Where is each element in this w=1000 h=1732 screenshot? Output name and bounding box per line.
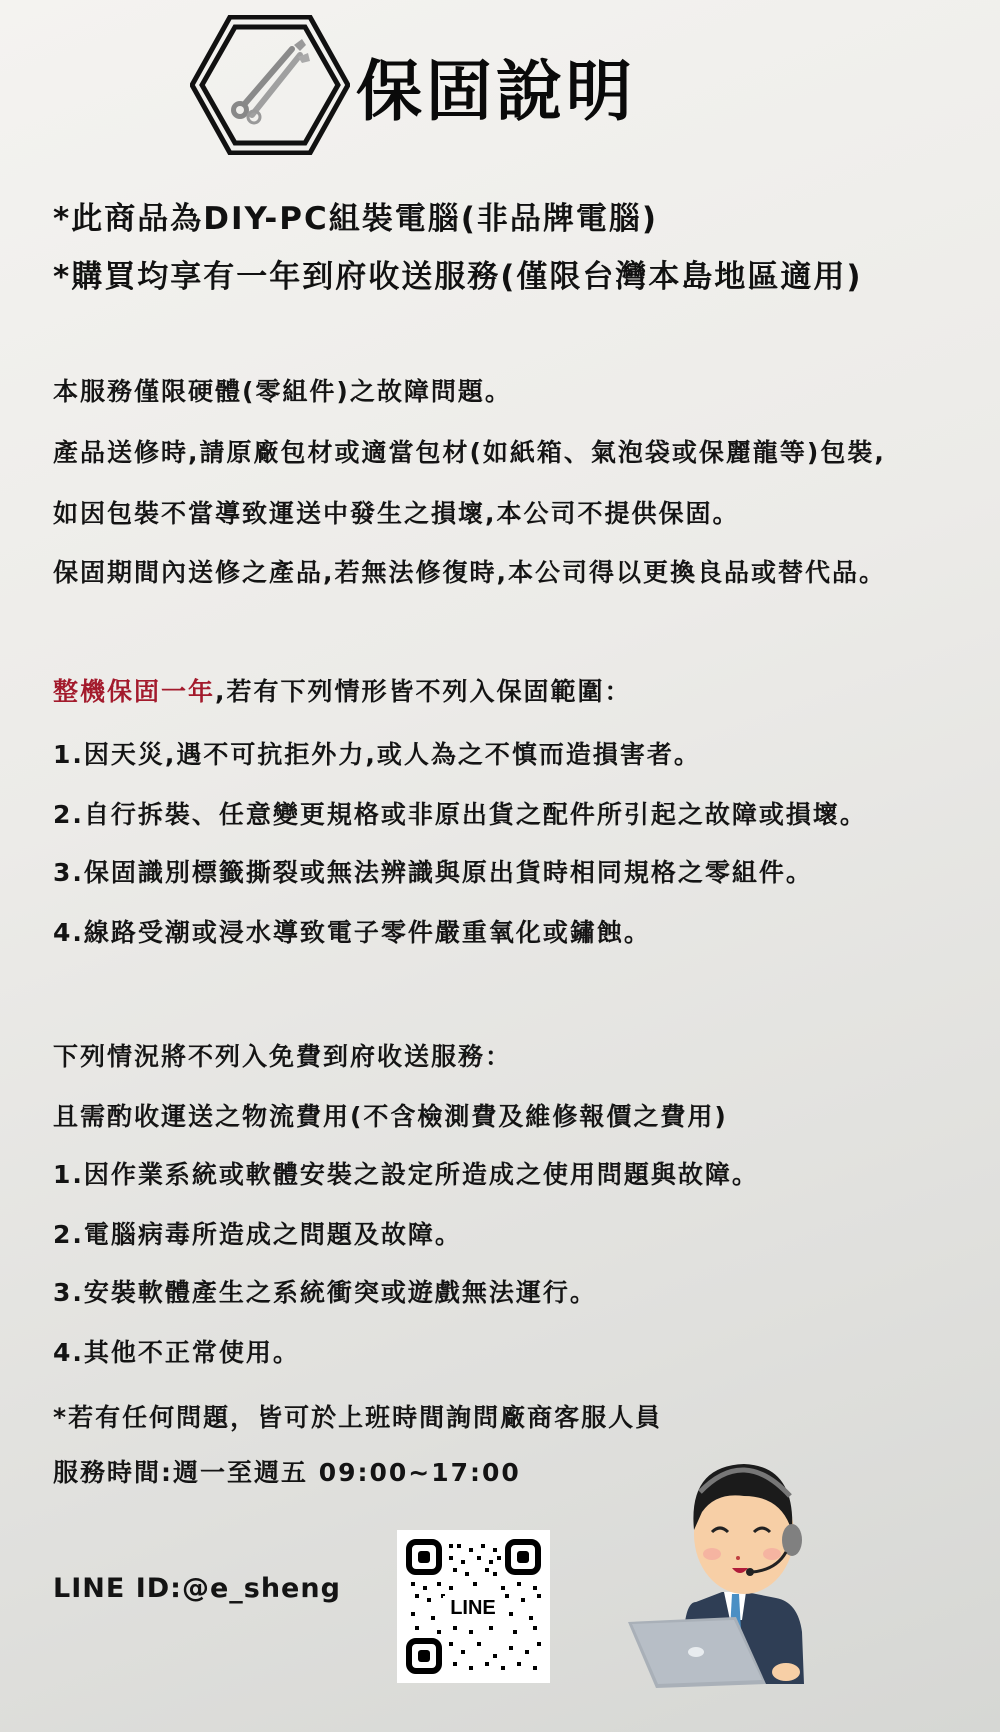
- service-note: 產品送修時,請原廠包材或適當包材(如紙箱、氣泡袋或保麗龍等)包裝,: [53, 436, 886, 470]
- warranty-exclusion: 1.因天災,遇不可抗拒外力,或人為之不慎而造損害者。: [53, 738, 701, 772]
- service-note: 本服務僅限硬體(零組件)之故障問題。: [53, 375, 512, 409]
- service-hours: 服務時間:週一至週五 09:00~17:00: [53, 1456, 521, 1490]
- qr-label: LINE: [450, 1597, 496, 1619]
- pickup-exclusion: 3.安裝軟體產生之系統衝突或遊戲無法運行。: [53, 1276, 597, 1310]
- headline-diy-pc: *此商品為DIY-PC組裝電腦(非品牌電腦): [53, 199, 658, 239]
- customer-service-agent-icon: [626, 1452, 812, 1688]
- pickup-exclusion: 2.電腦病毒所造成之問題及故障。: [53, 1218, 462, 1252]
- pickup-exclusion: 1.因作業系統或軟體安裝之設定所造成之使用問題與故障。: [53, 1158, 759, 1192]
- warranty-intro-text: ,若有下列情形皆不列入保固範圍：: [215, 677, 632, 706]
- contact-inquiry: *若有任何問題，皆可於上班時間詢問廠商客服人員: [53, 1401, 662, 1435]
- line-qr-code-icon[interactable]: LINE: [397, 1530, 550, 1683]
- wrench-hexagon-icon: [190, 15, 350, 155]
- headline-pickup-service: *購買均享有一年到府收送服務(僅限台灣本島地區適用): [53, 257, 863, 297]
- pickup-exclusion: 4.其他不正常使用。: [53, 1336, 300, 1370]
- warranty-highlight: 整機保固一年: [53, 677, 215, 706]
- warranty-exclusion: 3.保固識別標籤撕裂或無法辨識與原出貨時相同規格之零組件。: [53, 856, 813, 890]
- service-note: 保固期間內送修之產品,若無法修復時,本公司得以更換良品或替代品。: [53, 556, 886, 590]
- service-note: 如因包裝不當導致運送中發生之損壞,本公司不提供保固。: [53, 497, 740, 531]
- line-id: LINE ID:@e_sheng: [53, 1572, 341, 1606]
- pickup-intro: 下列情況將不列入免費到府收送服務：: [53, 1040, 512, 1074]
- page-title: 保固說明: [356, 50, 636, 134]
- pickup-fee-note: 且需酌收運送之物流費用(不含檢測費及維修報價之費用): [53, 1100, 728, 1134]
- warranty-exclusion: 4.線路受潮或浸水導致電子零件嚴重氧化或鏽蝕。: [53, 916, 651, 950]
- warranty-intro: 整機保固一年,若有下列情形皆不列入保固範圍：: [53, 675, 632, 709]
- warranty-exclusion: 2.自行拆裝、任意變更規格或非原出貨之配件所引起之故障或損壞。: [53, 798, 867, 832]
